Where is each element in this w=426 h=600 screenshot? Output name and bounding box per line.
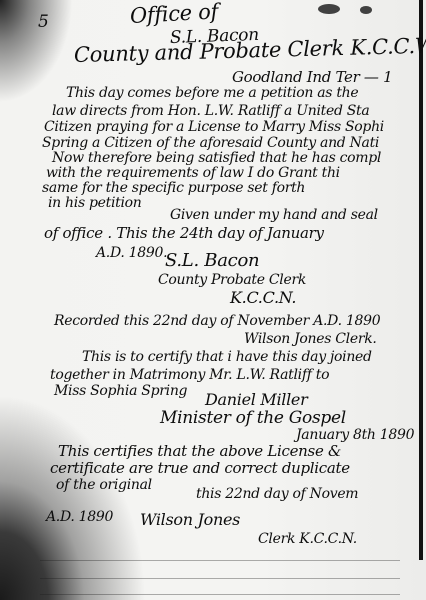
petition-line-1: This day comes before me a petition as t…: [66, 86, 358, 100]
page-edge-shadow: [419, 0, 423, 560]
header-location: Goodland Ind Ter — 1: [232, 70, 392, 85]
header-office-of: Office of: [129, 1, 218, 27]
minister-date: January 8th 1890: [296, 428, 414, 442]
final-signature-name: Wilson Jones: [140, 512, 240, 528]
given-under-date: A.D. 1890.: [96, 246, 167, 260]
scanned-document-page: 5 Office of S.L. Bacon County and Probat…: [0, 0, 426, 600]
petition-line-7: same for the specific purpose set forth: [42, 181, 305, 195]
ruled-line: [40, 560, 400, 561]
ruled-line: [40, 594, 400, 595]
petition-line-8: in his petition: [48, 196, 141, 210]
given-under-line-1: Given under my hand and seal: [170, 208, 378, 222]
duplicate-line-3: of the original: [56, 478, 152, 492]
petition-line-2: law directs from Hon. L.W. Ratliff a Uni…: [52, 104, 369, 118]
certification-line-3: Miss Sophia Spring: [54, 384, 187, 398]
petition-line-6: with the requirements of law I do Grant …: [46, 166, 340, 180]
duplicate-line-2: certificate are true and correct duplica…: [50, 461, 350, 476]
header-clerk-title: County and Probate Clerk K.C.C.W: [74, 36, 426, 66]
minister-name: Daniel Miller: [205, 392, 307, 408]
petition-line-3: Citizen praying for a License to Marry M…: [44, 120, 384, 134]
page-number: 5: [38, 14, 49, 31]
duplicate-year: A.D. 1890: [46, 510, 113, 524]
clerk-signature-name: S.L. Bacon: [165, 252, 259, 270]
clerk-signature-district: K.C.C.N.: [230, 290, 296, 306]
clerk-signature-title: County Probate Clerk: [158, 273, 306, 287]
recorded-line: Recorded this 22nd day of November A.D. …: [54, 314, 380, 328]
recorded-signer: Wilson Jones Clerk.: [244, 332, 377, 346]
certification-line-2: together in Matrimony Mr. L.W. Ratliff t…: [50, 368, 329, 382]
petition-line-4: Spring a Citizen of the aforesaid County…: [42, 136, 379, 150]
ink-smudge: [318, 4, 340, 14]
given-under-line-2: of office . This the 24th day of January: [44, 226, 324, 241]
ruled-line: [40, 578, 400, 579]
ink-smudge: [360, 6, 372, 14]
duplicate-date: this 22nd day of Novem: [196, 487, 358, 501]
certification-line-1: This is to certify that i have this day …: [82, 350, 372, 364]
petition-line-5: Now therefore being satisfied that he ha…: [52, 151, 381, 165]
minister-title: Minister of the Gospel: [160, 410, 346, 427]
final-signature-title: Clerk K.C.C.N.: [258, 532, 357, 546]
duplicate-line-1: This certifies that the above License &: [58, 444, 341, 459]
